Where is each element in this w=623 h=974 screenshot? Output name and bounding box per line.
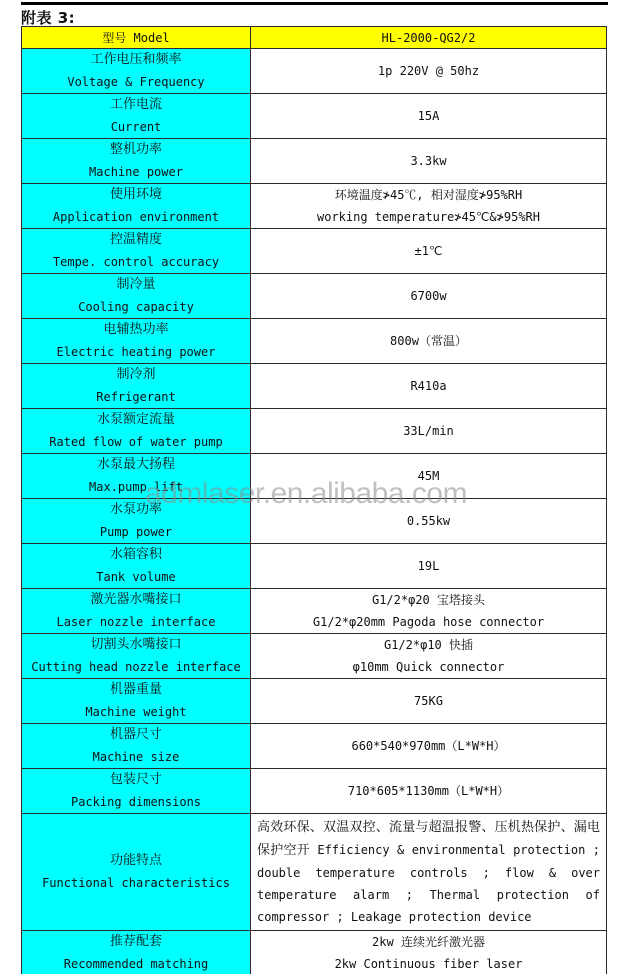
recommended-value: 2kw 连续光纤激光器2kw Continuous fiber laser <box>251 931 607 974</box>
spec-value-line: G1/2*φ20 宝塔接头 <box>251 589 606 611</box>
spec-label-en: Max.pump lift <box>22 476 250 498</box>
spec-value: 15A <box>251 94 607 139</box>
spec-value-line: working temperature≯45℃&≯95%RH <box>251 206 606 228</box>
spec-label-en: Laser nozzle interface <box>22 611 250 633</box>
spec-row: 水泵额定流量Rated flow of water pump33L/min <box>22 409 607 454</box>
spec-label-en: Cooling capacity <box>22 296 250 318</box>
recommended-label-en: Recommended matching <box>22 953 250 974</box>
features-label-en: Functional characteristics <box>22 872 250 894</box>
spec-label-zh: 机器尺寸 <box>22 724 250 746</box>
spec-row: 整机功率Machine power3.3kw <box>22 139 607 184</box>
spec-label: 工作电流Current <box>22 94 251 139</box>
spec-value-line: 19L <box>251 555 606 577</box>
spec-label-en: Machine power <box>22 161 250 183</box>
spec-value: G1/2*φ10 快插φ10mm Quick connector <box>251 634 607 679</box>
spec-value: 710*605*1130mm（L*W*H） <box>251 769 607 814</box>
spec-label: 机器重量Machine weight <box>22 679 251 724</box>
spec-value: 33L/min <box>251 409 607 454</box>
recommended-value-line: 2kw Continuous fiber laser <box>251 953 606 974</box>
spec-row: 工作电压和频率Voltage & Frequency1p 220V @ 50hz <box>22 49 607 94</box>
spec-label: 整机功率Machine power <box>22 139 251 184</box>
spec-label-zh: 电辅热功率 <box>22 319 250 341</box>
spec-label: 工作电压和频率Voltage & Frequency <box>22 49 251 94</box>
spec-label: 切割头水嘴接口Cutting head nozzle interface <box>22 634 251 679</box>
spec-value-line: G1/2*φ20mm Pagoda hose connector <box>251 611 606 633</box>
spec-label-zh: 工作电流 <box>22 94 250 116</box>
spec-label-zh: 整机功率 <box>22 139 250 161</box>
spec-row: 包装尺寸Packing dimensions710*605*1130mm（L*W… <box>22 769 607 814</box>
spec-value: 660*540*970mm（L*W*H） <box>251 724 607 769</box>
spec-label-en: Refrigerant <box>22 386 250 408</box>
spec-label-en: Tempe. control accuracy <box>22 251 250 273</box>
spec-value-line: φ10mm Quick connector <box>251 656 606 678</box>
spec-label: 控温精度Tempe. control accuracy <box>22 229 251 274</box>
spec-label-en: Current <box>22 116 250 138</box>
recommended-label: 推荐配套Recommended matching <box>22 931 251 974</box>
spec-value-line: 6700w <box>251 285 606 307</box>
spec-label-zh: 控温精度 <box>22 229 250 251</box>
spec-label-zh: 制冷量 <box>22 274 250 296</box>
spec-label-en: Pump power <box>22 521 250 543</box>
spec-value: 0.55kw <box>251 499 607 544</box>
spec-label-zh: 水泵功率 <box>22 499 250 521</box>
spec-value-line: 15A <box>251 105 606 127</box>
spec-value-line: 1p 220V @ 50hz <box>251 60 606 82</box>
spec-table: 型号 Model HL-2000-QG2/2 工作电压和频率Voltage & … <box>21 26 607 974</box>
spec-label: 激光器水嘴接口Laser nozzle interface <box>22 589 251 634</box>
spec-value-line: R410a <box>251 375 606 397</box>
spec-value: 19L <box>251 544 607 589</box>
spec-value-line: 75KG <box>251 690 606 712</box>
spec-value: 1p 220V @ 50hz <box>251 49 607 94</box>
spec-label-zh: 激光器水嘴接口 <box>22 589 250 611</box>
spec-label-en: Packing dimensions <box>22 791 250 813</box>
features-row: 功能特点Functional characteristics高效环保、双温双控、… <box>22 814 607 931</box>
spec-value-line: 3.3kw <box>251 150 606 172</box>
features-label-zh: 功能特点 <box>22 850 250 872</box>
features-label: 功能特点Functional characteristics <box>22 814 251 931</box>
recommended-label-zh: 推荐配套 <box>22 931 250 953</box>
spec-label: 水泵额定流量Rated flow of water pump <box>22 409 251 454</box>
spec-label: 水箱容积Tank volume <box>22 544 251 589</box>
spec-label-en: Cutting head nozzle interface <box>22 656 250 678</box>
spec-row: 水泵最大扬程Max.pump lift45M <box>22 454 607 499</box>
spec-value: G1/2*φ20 宝塔接头G1/2*φ20mm Pagoda hose conn… <box>251 589 607 634</box>
recommended-row: 推荐配套Recommended matching2kw 连续光纤激光器2kw C… <box>22 931 607 974</box>
spec-value-line: 710*605*1130mm（L*W*H） <box>251 780 606 802</box>
spec-label-zh: 水泵最大扬程 <box>22 454 250 476</box>
spec-label-zh: 水箱容积 <box>22 544 250 566</box>
spec-value-line: 45M <box>251 465 606 487</box>
spec-value-line: 660*540*970mm（L*W*H） <box>251 735 606 757</box>
spec-label: 制冷剂Refrigerant <box>22 364 251 409</box>
spec-value-line: 33L/min <box>251 420 606 442</box>
header-model: HL-2000-QG2/2 <box>251 27 607 49</box>
spec-row: 控温精度Tempe. control accuracy±1℃ <box>22 229 607 274</box>
spec-label: 包装尺寸Packing dimensions <box>22 769 251 814</box>
spec-value-line: G1/2*φ10 快插 <box>251 634 606 656</box>
spec-label-zh: 制冷剂 <box>22 364 250 386</box>
header-row: 型号 Model HL-2000-QG2/2 <box>22 27 607 49</box>
features-value: 高效环保、双温双控、流量与超温报警、压机热保护、漏电保护空开 Efficienc… <box>251 814 607 931</box>
spec-value-line: 800w（常温） <box>251 330 606 352</box>
spec-label: 水泵功率Pump power <box>22 499 251 544</box>
spec-row: 制冷量Cooling capacity6700w <box>22 274 607 319</box>
spec-label-en: Application environment <box>22 206 250 228</box>
spec-value: ±1℃ <box>251 229 607 274</box>
top-rule <box>21 2 608 5</box>
spec-label-zh: 使用环境 <box>22 184 250 206</box>
spec-row: 水箱容积Tank volume19L <box>22 544 607 589</box>
spec-value-line: 0.55kw <box>251 510 606 532</box>
spec-label-en: Rated flow of water pump <box>22 431 250 453</box>
spec-label-en: Tank volume <box>22 566 250 588</box>
spec-label: 制冷量Cooling capacity <box>22 274 251 319</box>
spec-row: 激光器水嘴接口Laser nozzle interfaceG1/2*φ20 宝塔… <box>22 589 607 634</box>
spec-value-line: 环境温度≯45℃, 相对湿度≯95%RH <box>251 184 606 206</box>
spec-label: 机器尺寸Machine size <box>22 724 251 769</box>
spec-row: 工作电流Current15A <box>22 94 607 139</box>
spec-row: 水泵功率Pump power0.55kw <box>22 499 607 544</box>
spec-label: 使用环境Application environment <box>22 184 251 229</box>
table-caption: 附表 3: <box>21 7 75 28</box>
spec-label-zh: 切割头水嘴接口 <box>22 634 250 656</box>
spec-row: 电辅热功率Electric heating power800w（常温） <box>22 319 607 364</box>
spec-label-zh: 工作电压和频率 <box>22 49 250 71</box>
spec-label-en: Electric heating power <box>22 341 250 363</box>
header-label: 型号 Model <box>22 27 251 49</box>
spec-row: 机器重量Machine weight75KG <box>22 679 607 724</box>
spec-label: 电辅热功率Electric heating power <box>22 319 251 364</box>
spec-label-en: Voltage & Frequency <box>22 71 250 93</box>
spec-value: 6700w <box>251 274 607 319</box>
spec-label-en: Machine size <box>22 746 250 768</box>
spec-label-zh: 机器重量 <box>22 679 250 701</box>
recommended-value-line: 2kw 连续光纤激光器 <box>251 931 606 953</box>
spec-value: 3.3kw <box>251 139 607 184</box>
spec-value: 75KG <box>251 679 607 724</box>
spec-value-line: ±1℃ <box>251 240 606 262</box>
spec-value: 环境温度≯45℃, 相对湿度≯95%RHworking temperature≯… <box>251 184 607 229</box>
spec-label-zh: 包装尺寸 <box>22 769 250 791</box>
spec-label-zh: 水泵额定流量 <box>22 409 250 431</box>
spec-value: 45M <box>251 454 607 499</box>
spec-label: 水泵最大扬程Max.pump lift <box>22 454 251 499</box>
spec-value: R410a <box>251 364 607 409</box>
spec-row: 制冷剂RefrigerantR410a <box>22 364 607 409</box>
spec-value: 800w（常温） <box>251 319 607 364</box>
spec-row: 切割头水嘴接口Cutting head nozzle interfaceG1/2… <box>22 634 607 679</box>
spec-row: 机器尺寸Machine size660*540*970mm（L*W*H） <box>22 724 607 769</box>
spec-label-en: Machine weight <box>22 701 250 723</box>
spec-row: 使用环境Application environment环境温度≯45℃, 相对湿… <box>22 184 607 229</box>
